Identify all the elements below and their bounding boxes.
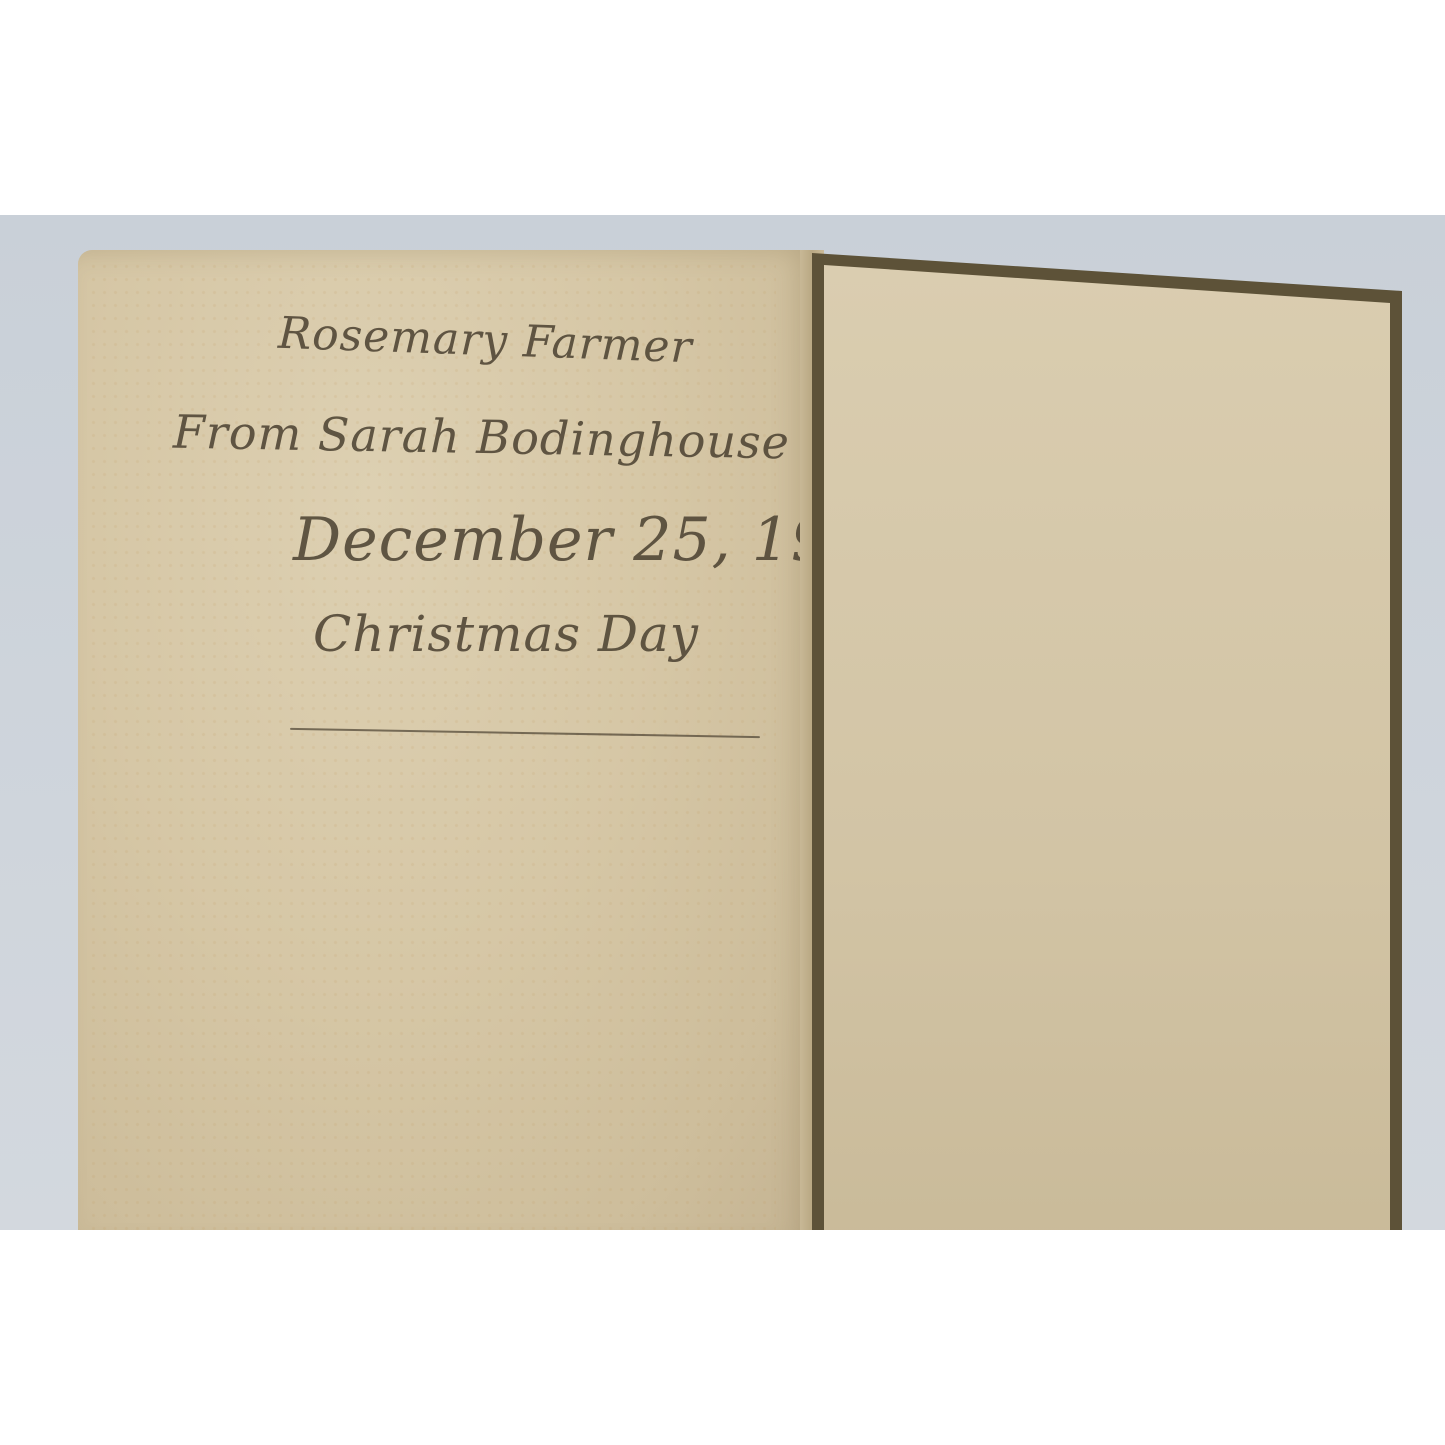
- photo: Rosemary Farmer From Sarah Bodinghouse D…: [0, 215, 1445, 1230]
- inscription-occasion: Christmas Day: [313, 605, 699, 663]
- left-flyleaf-page: Rosemary Farmer From Sarah Bodinghouse D…: [78, 250, 816, 1230]
- inside-cover-pastedown: [824, 265, 1390, 1230]
- inscription-giver: From Sarah Bodinghouse: [173, 405, 791, 470]
- inscription-underline: [290, 728, 760, 738]
- inscription-recipient: Rosemary Farmer: [277, 308, 693, 373]
